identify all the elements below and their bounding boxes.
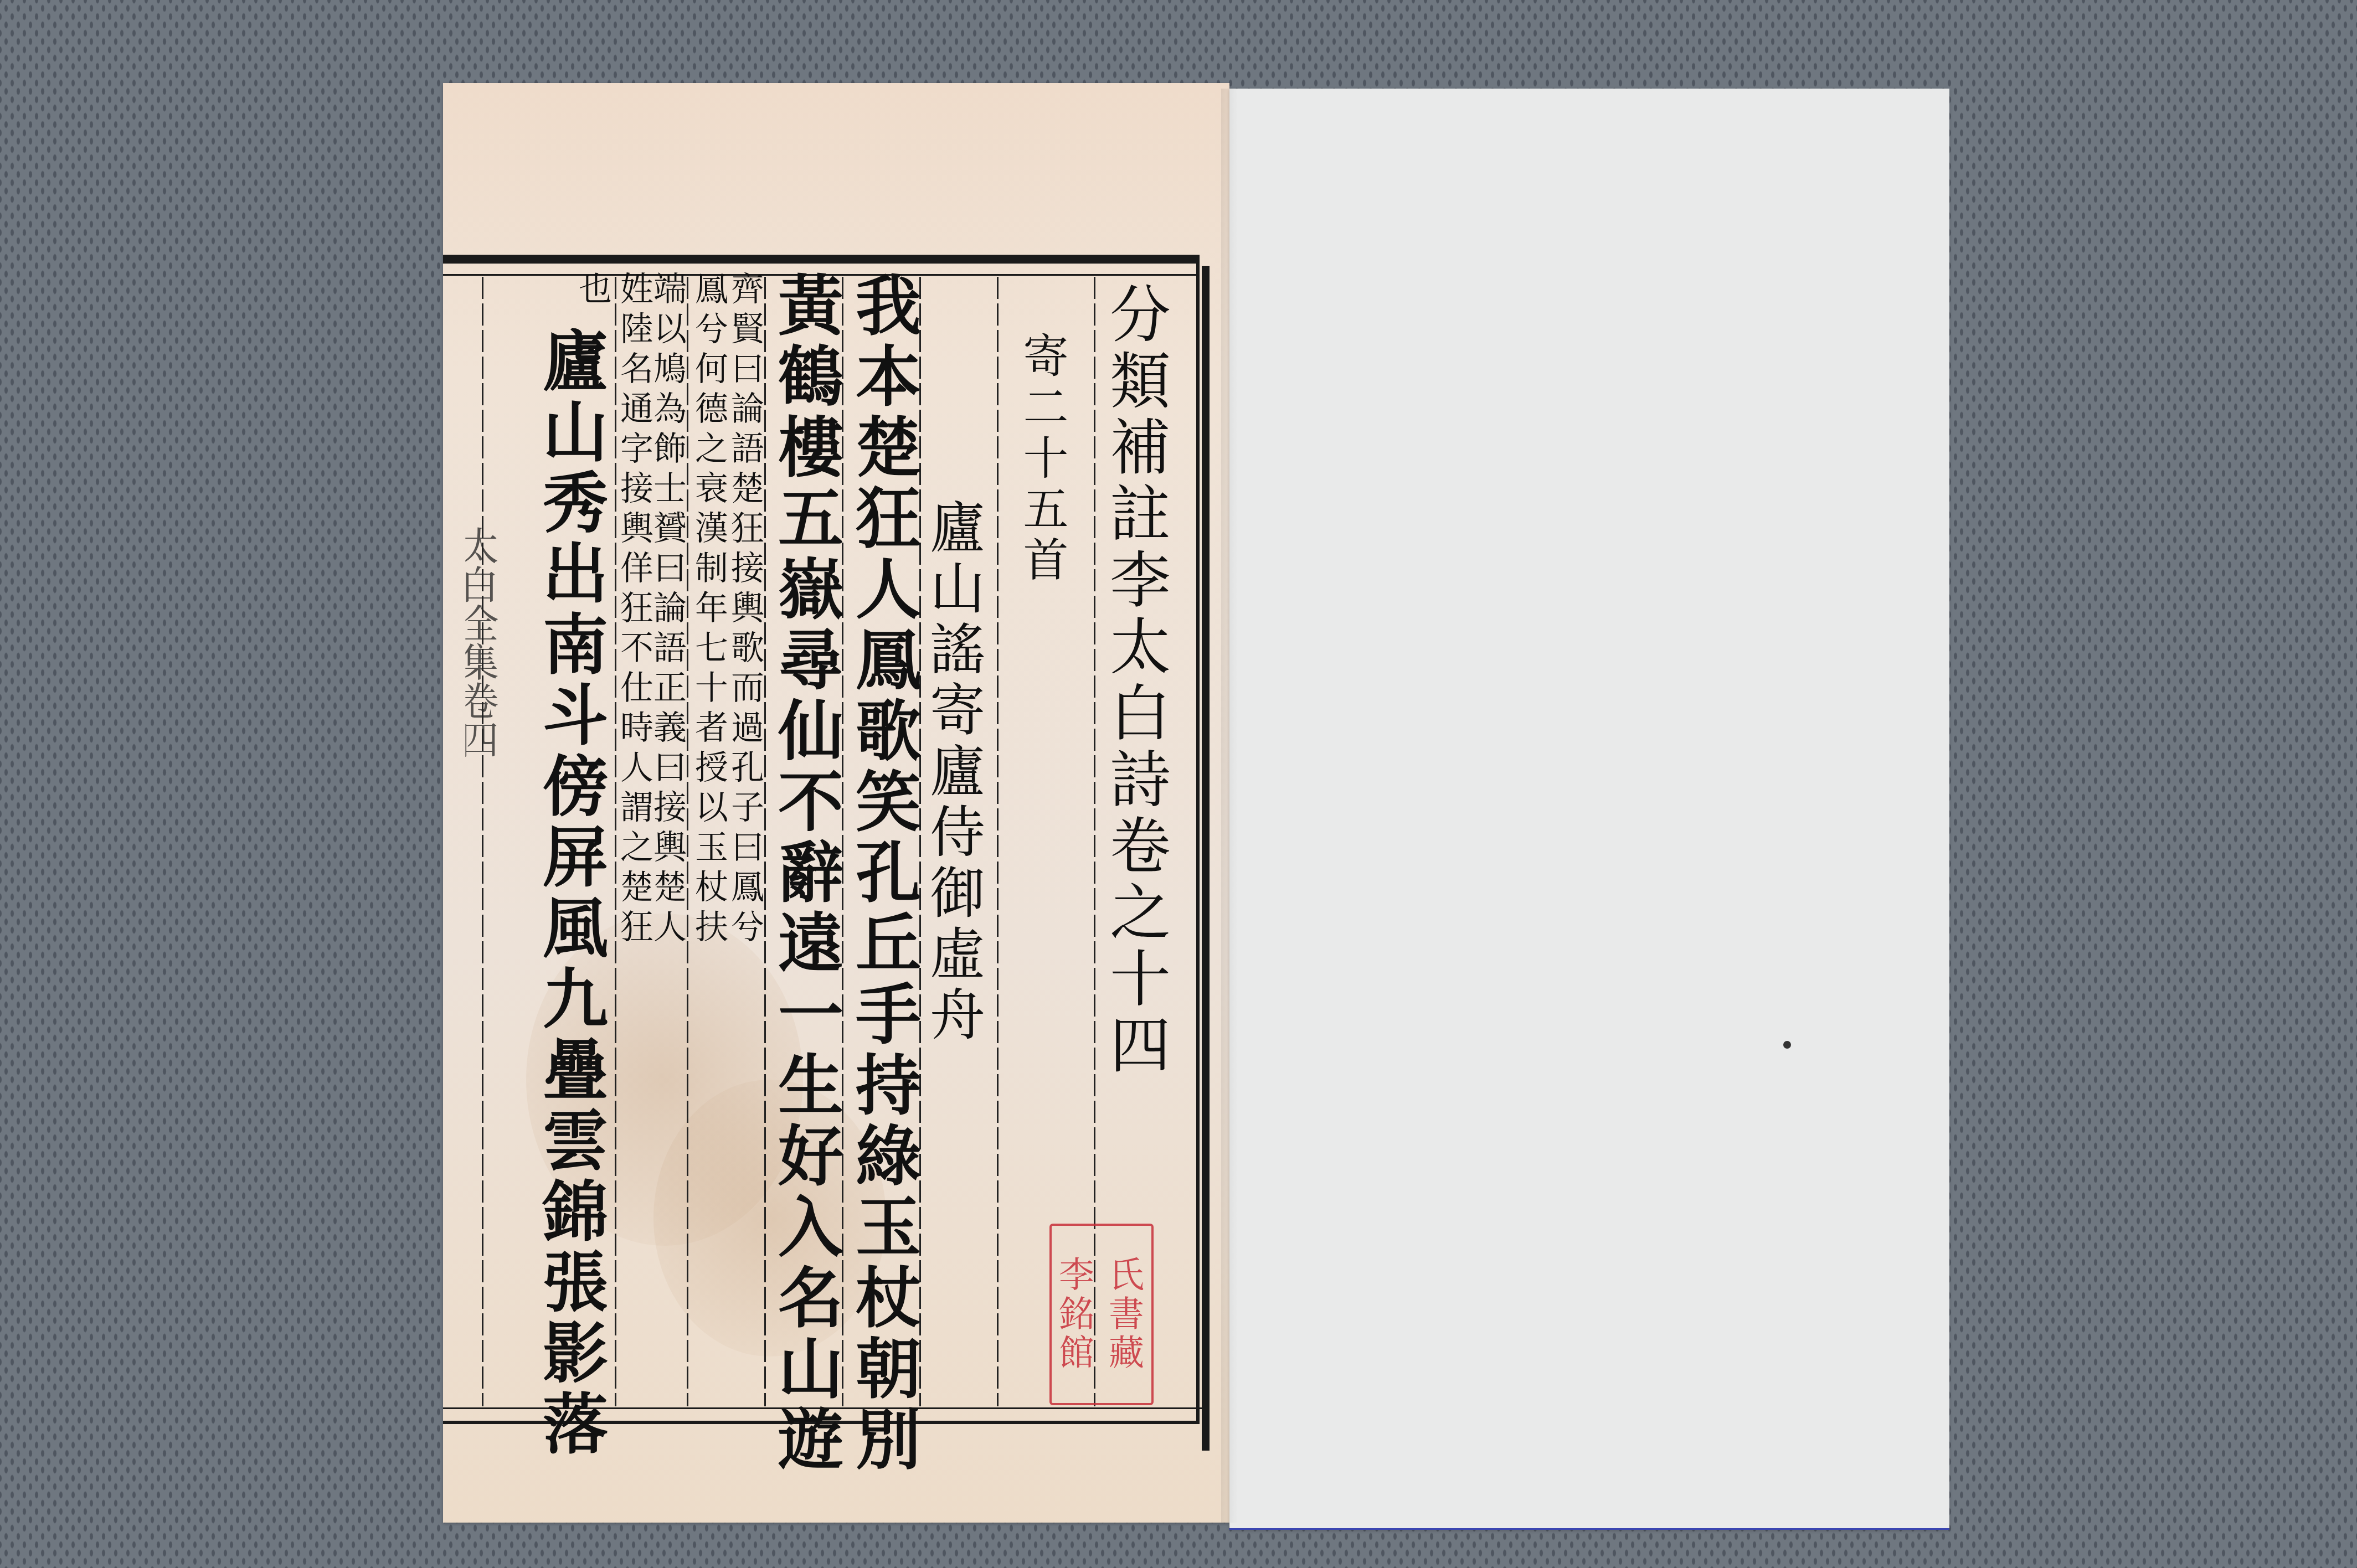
fold-rule bbox=[1202, 266, 1210, 1451]
commentary-column-2-left: 姓陸名通字接輿佯狂不仕時人謂之楚狂 bbox=[617, 271, 651, 949]
seal-char: 李 bbox=[1059, 1256, 1094, 1294]
commentary-column-2-right: 端以鳩為飾士贇曰論語正義曰接輿楚人 bbox=[651, 271, 684, 949]
seal-char: 氏 bbox=[1109, 1256, 1144, 1294]
main-text-column-2: 黃鶴樓五嶽尋仙不辭遠一生好入名山遊 bbox=[773, 271, 838, 1476]
seal-char: 藏 bbox=[1109, 1334, 1144, 1373]
right-blank-page bbox=[1229, 89, 1949, 1530]
poem-title-column: 廬山謠寄廬侍御虛舟 bbox=[925, 498, 980, 1046]
commentary-column-1-left: 鳳兮何德之衰漢制年七十者授以玉杖扶 bbox=[692, 271, 725, 949]
column-rule bbox=[687, 277, 688, 1406]
commentary-column-1-right: 齊賢曰論語楚狂接輿歌而過孔子曰鳳兮 bbox=[728, 271, 761, 949]
column-rule bbox=[997, 277, 999, 1406]
paper-speck bbox=[1783, 1041, 1791, 1049]
book-title-column: 分類補註李太白詩卷之十四 bbox=[1105, 282, 1166, 1080]
commentary-end: 也 bbox=[576, 271, 609, 311]
seal-char: 銘 bbox=[1059, 1295, 1094, 1334]
main-text-column-1: 我本楚狂人鳳歌笑孔丘手持綠玉杖朝別 bbox=[850, 271, 915, 1476]
main-text-column-3: 廬山秀出南斗傍屏風九疊雲錦張影落 bbox=[537, 327, 603, 1461]
seal-char: 館 bbox=[1059, 1334, 1094, 1373]
column-rule bbox=[482, 277, 483, 1406]
spine-shadow bbox=[1221, 89, 1238, 1523]
seal-char: 書 bbox=[1109, 1295, 1144, 1334]
column-rule bbox=[764, 277, 766, 1406]
section-heading-column: 寄二十五首 bbox=[1019, 332, 1064, 587]
left-printed-page: 分類補註李太白詩卷之十四 寄二十五首 廬山謠寄廬侍御虛舟 我本楚狂人鳳歌笑孔丘手… bbox=[443, 83, 1229, 1523]
collector-seal: 李 氏 銘 書 館 藏 bbox=[1049, 1224, 1154, 1405]
